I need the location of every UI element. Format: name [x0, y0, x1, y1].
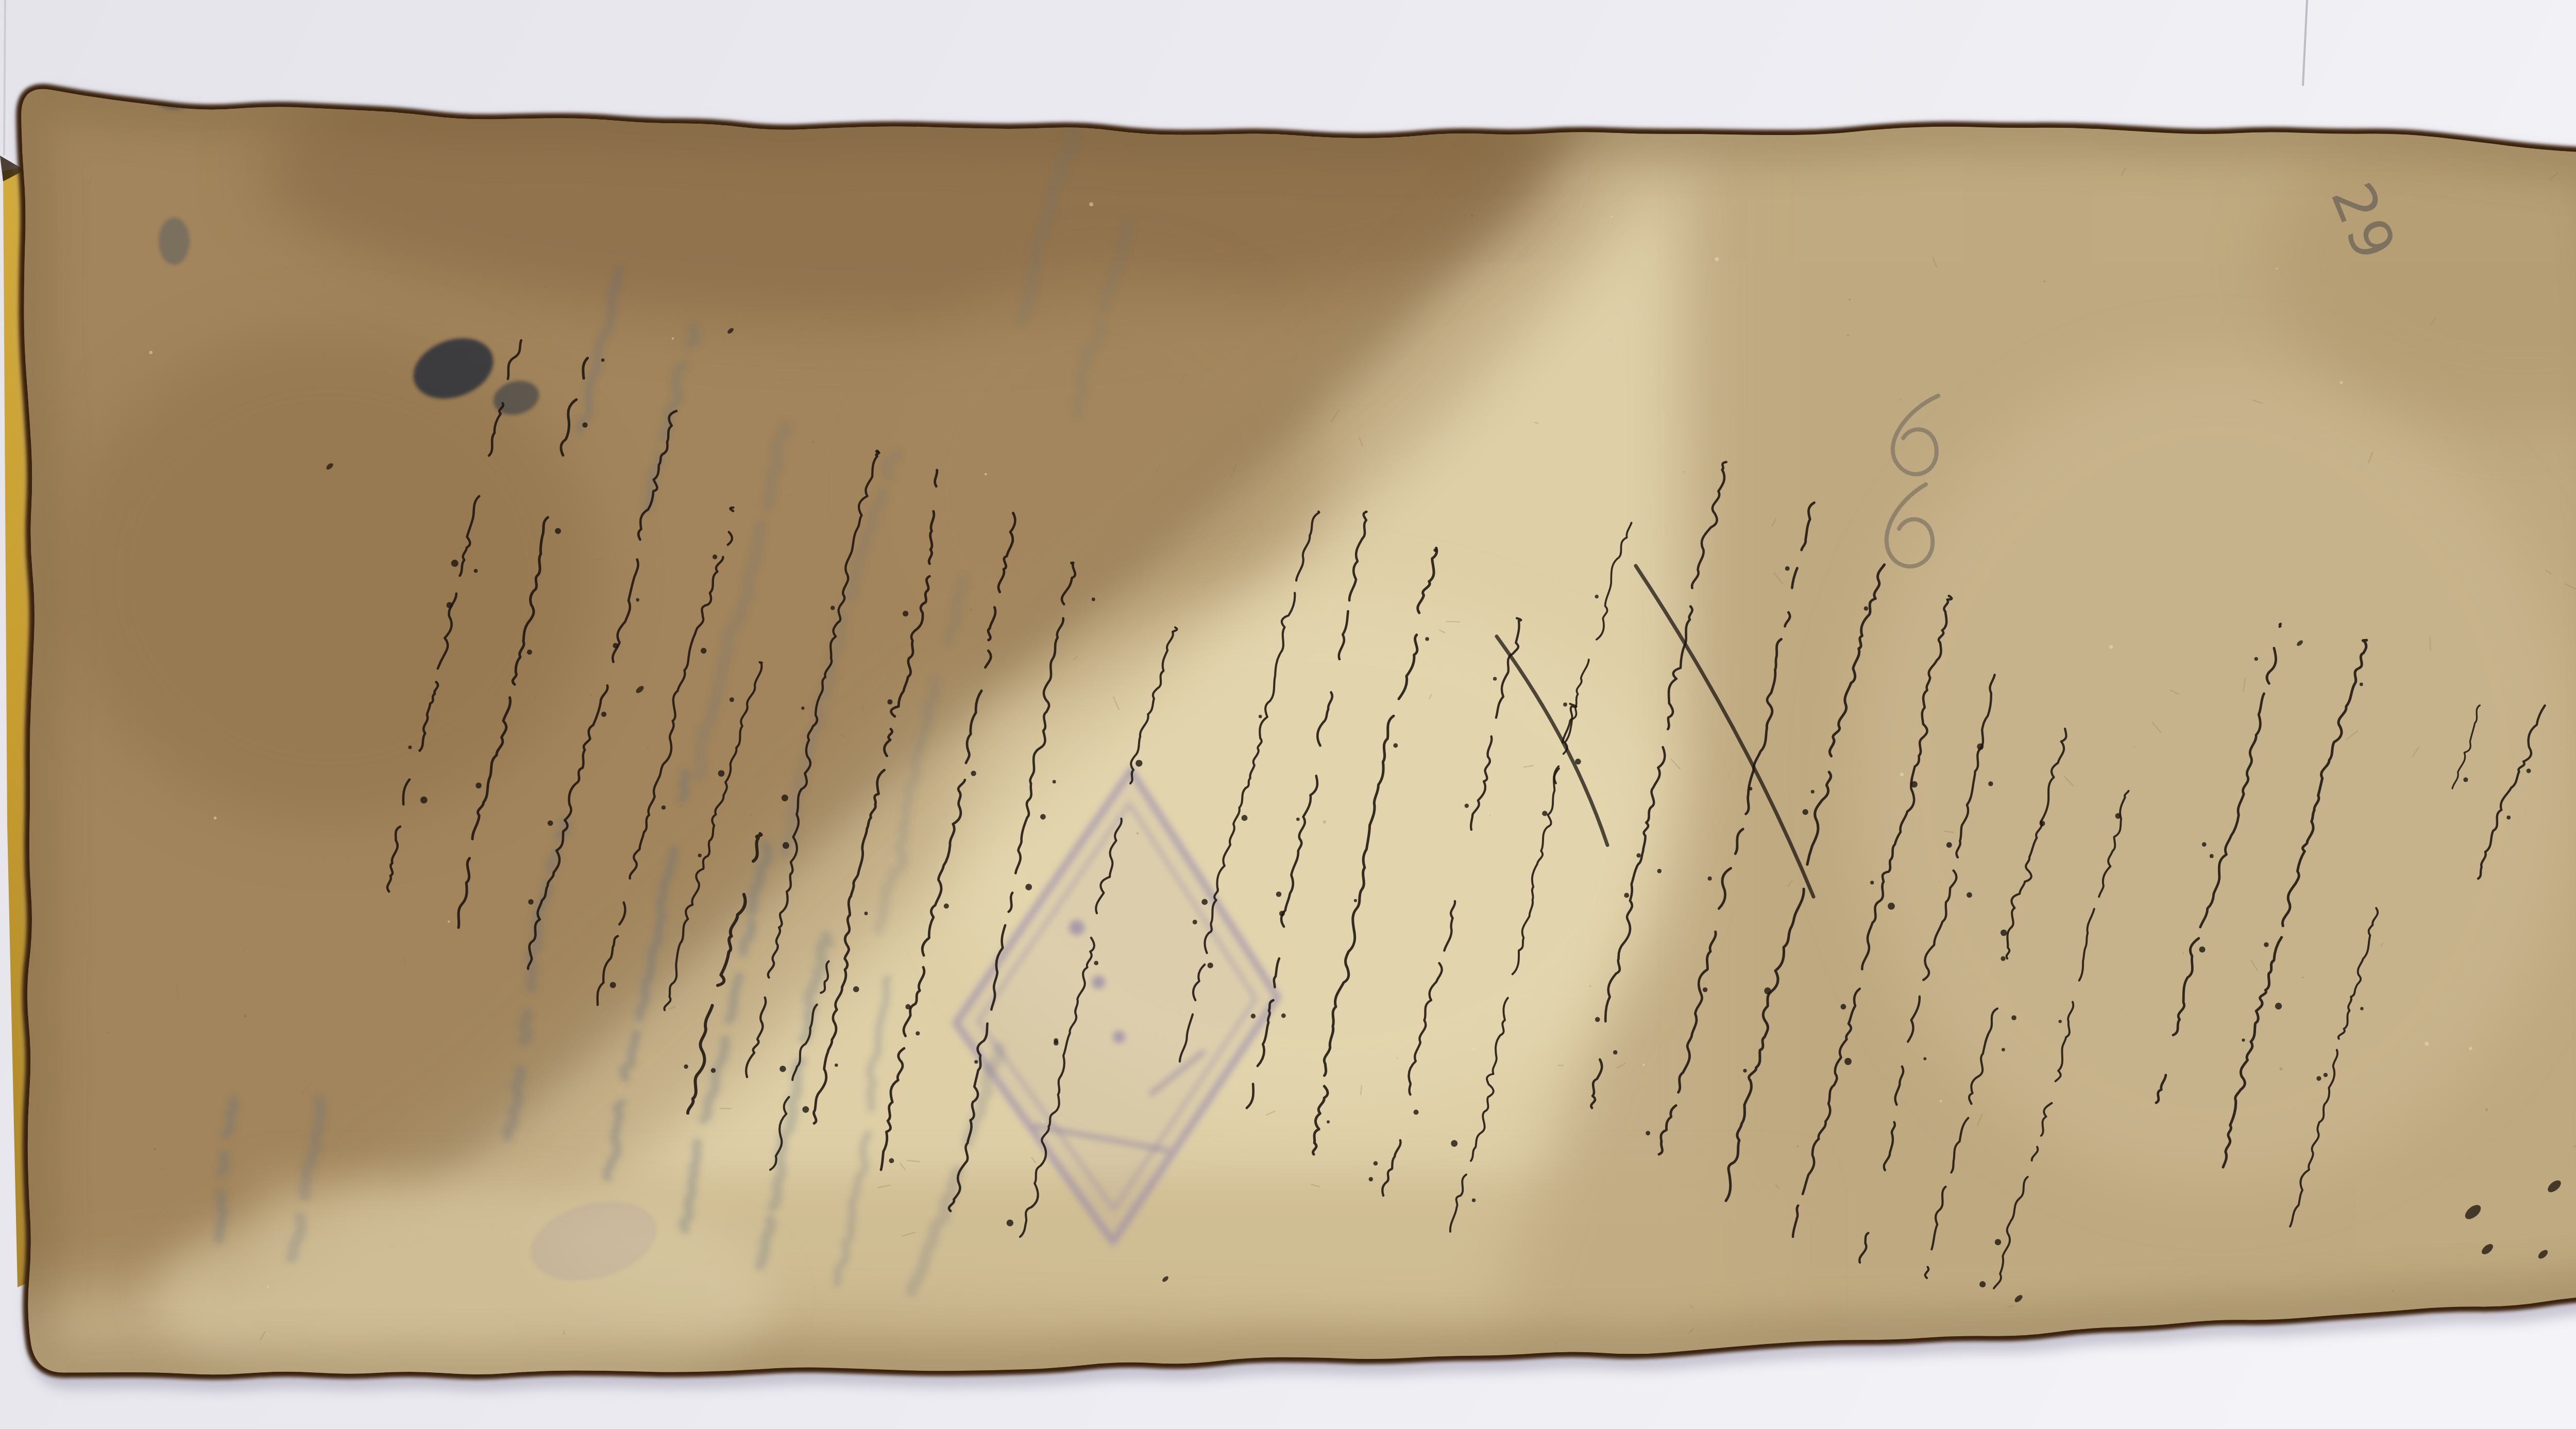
background-crease: [4, 0, 5, 155]
water-stains: [0, 0, 2576, 1412]
manuscript-page: 29: [0, 0, 2576, 1412]
manuscript-scan: 29: [0, 0, 2576, 1429]
